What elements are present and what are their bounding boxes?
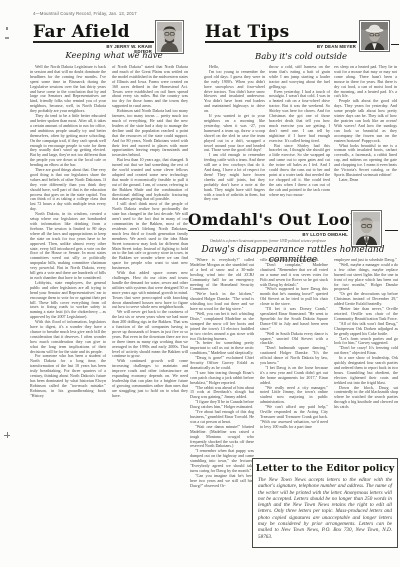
far-afield-headline: Keeping what we have [33, 51, 195, 61]
letter-policy-box: Letter to the Editor policy The New Town… [252, 458, 398, 548]
scan-artifact-mark [5, 37, 9, 39]
omdahl-rule-right [385, 230, 398, 231]
far-afield-rule [33, 41, 154, 43]
scan-artifact-mark [6, 27, 8, 30]
hat-tips-rule-right [391, 44, 399, 45]
author-photo-dean-meyer [359, 20, 390, 52]
omdahl-section-title: Omdahl's Out Look [188, 210, 361, 229]
author-photo-lloyd-omdahl [351, 210, 382, 247]
far-afield-column-1: Well the North Dakota Legislature is bac… [30, 65, 106, 547]
far-afield-section-title: Far Afield [33, 22, 130, 42]
omdahl-column-3: employee and just to schedule Dawg.""Wel… [334, 258, 398, 455]
hat-tips-byline: BY DEAN MEYER [260, 44, 356, 49]
letter-policy-body: The New Town News accepts letters to the… [258, 477, 392, 540]
masthead-folio-line: 4—Mountrail County Record, Friday, Jan. … [33, 11, 137, 16]
dean-meyer-portrait [361, 22, 388, 50]
hat-tips-rule [205, 41, 357, 43]
hat-tips-column-1: Hello,I'm too young to remember the good… [204, 65, 265, 212]
omdahl-column-2: ville Jordan, the retired depot agent."D… [260, 258, 328, 456]
hat-tips-column-2: throw a cold, stiff harness on the team … [269, 65, 330, 212]
author-photo-jerry-kram [155, 20, 184, 54]
omdahl-credit-line: Omdahl is a former lieutenant governor, … [188, 239, 348, 243]
hat-tips-column-3: ers sleep on a heated pad. They lie in w… [334, 65, 397, 212]
omdahl-column-1: "Where is everybody?" called Madeline Mo… [190, 258, 254, 546]
letter-policy-title: Letter to the Editor policy [253, 463, 397, 474]
omdahl-byline: BY LLOYD OMDAHL [240, 232, 348, 237]
hat-tips-section-title: Hat Tips [205, 22, 290, 42]
scan-artifact-cross-mark [4, 432, 10, 438]
jerry-kram-portrait [157, 22, 182, 52]
hat-tips-headline: Baby it's cold outside [205, 52, 397, 62]
far-afield-column-2: of North Dakota" stated that North Dakot… [112, 65, 188, 545]
lloyd-omdahl-portrait [353, 212, 380, 245]
newspaper-page: 4—Mountrail County Record, Friday, Jan. … [0, 0, 400, 567]
